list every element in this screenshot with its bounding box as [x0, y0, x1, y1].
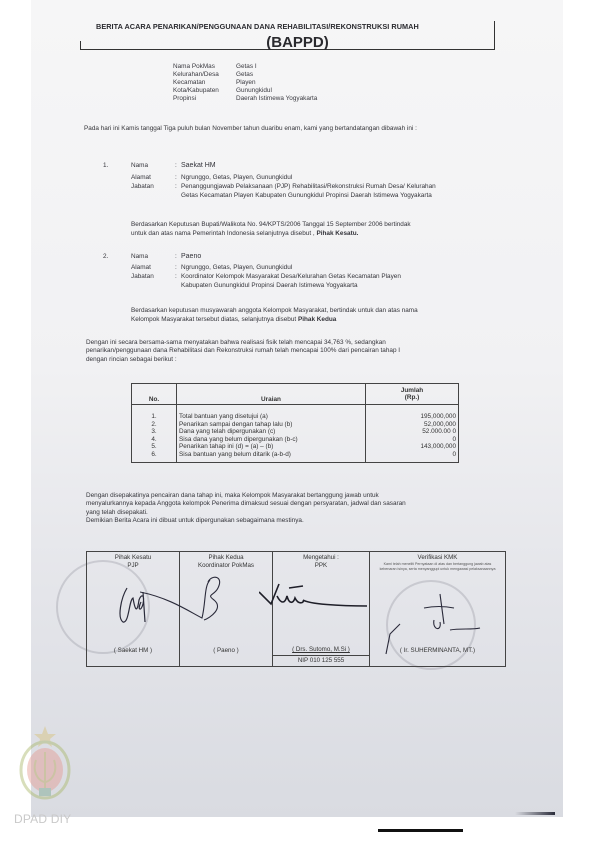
header-jumlah-label: Jumlah	[368, 387, 456, 394]
party-position: Penanggungjawab Pelaksanaan (PJP) Rehabi…	[181, 183, 436, 191]
party-position-cont: Kabupaten Gunungkidul Propinsi Daerah Is…	[181, 282, 358, 290]
header-uraian: Uraian	[177, 384, 366, 405]
party-designation: Pihak Kesatu.	[316, 230, 358, 237]
signatory-name: ( Ir. SUHERMINANTA, MT.)	[370, 647, 505, 654]
document-title: BERITA ACARA PENARIKAN/PENGGUNAAN DANA R…	[96, 22, 496, 31]
alamat-label: Alamat	[131, 264, 151, 272]
identity-label: Kelurahan/Desa	[173, 71, 219, 79]
party-basis-cont: Kelompok Masyarakat tersebut diatas, sel…	[131, 316, 336, 324]
verification-note: Kami telah meneliti Pernyataan di atas d…	[372, 562, 503, 572]
identity-label: Nama PokMas	[173, 63, 215, 71]
signature-role: Verifikasi KMK	[372, 554, 503, 562]
row-jumlah: 143,000,000	[366, 443, 459, 451]
table-row: 6. Sisa bantuan yang belum ditarik (a-b-…	[132, 451, 459, 463]
scan-edge-mark	[378, 829, 463, 832]
table-header-row: No. Uraian Jumlah (Rp.)	[132, 384, 459, 405]
row-uraian: Sisa bantuan yang belum ditarik (a-b-d)	[177, 451, 366, 463]
signatory-name-text: ( Drs. Sutomo, M.Si )	[292, 646, 350, 653]
party-designation: Pihak Kedua	[298, 316, 336, 323]
row-uraian: Penarikan tahap ini (d) = (a) – (b)	[177, 443, 366, 451]
closing-line: Dengan disepakatinya pencairan dana taha…	[86, 492, 526, 500]
table-row: 5. Penarikan tahap ini (d) = (a) – (b) 1…	[132, 443, 459, 451]
row-jumlah: 0	[366, 451, 459, 463]
table-row: 4. Sisa dana yang belum dipergunakan (b-…	[132, 436, 459, 444]
signatory-name: ( Saekat HM )	[87, 647, 179, 654]
header-jumlah-unit: (Rp.)	[368, 394, 456, 401]
identity-block: Nama PokMas Getas I Kelurahan/Desa Getas…	[173, 63, 473, 107]
signature-cell-verifikasi-kmk: Verifikasi KMK Kami telah meneliti Perny…	[370, 552, 506, 667]
row-no: 2.	[132, 421, 177, 429]
statement-line: dengan rincian sebagai berikut :	[86, 356, 526, 364]
signature-title: PPK	[275, 562, 367, 570]
signature-mark	[259, 582, 369, 622]
closing-line: menyalurkannya kepada Anggota kelompok P…	[86, 500, 526, 508]
closing-paragraph: Dengan disepakatinya pencairan dana taha…	[86, 492, 526, 525]
row-no: 1.	[132, 405, 177, 421]
statement-line: Dengan ini secara bersama-sama menyataka…	[86, 339, 526, 347]
header-jumlah: Jumlah (Rp.)	[366, 384, 459, 405]
party-1: 1. Nama : Saekat HM Alamat : Ngrunggo, G…	[103, 162, 523, 242]
signature-title: Koordinator PokMas	[182, 562, 270, 570]
party-address: Ngrunggo, Getas, Playen, Gunungkidul	[181, 264, 292, 272]
party-position-cont: Getas Kecamatan Playen Kabupaten Gunungk…	[181, 192, 432, 200]
signature-role: Pihak Kedua	[182, 554, 270, 562]
jabatan-label: Jabatan	[131, 183, 154, 191]
nama-label: Nama	[131, 253, 148, 261]
row-no: 3.	[132, 428, 177, 436]
signature-role: Mengetahui :	[275, 554, 367, 562]
party-name: Paeno	[181, 253, 201, 261]
identity-label: Kota/Kabupaten	[173, 87, 219, 95]
party-number: 2.	[103, 253, 108, 261]
row-no: 5.	[132, 443, 177, 451]
nama-label: Nama	[131, 162, 148, 170]
signature-cell-ppk: Mengetahui : PPK ( Drs. Sutomo, M.Si ) N…	[273, 552, 370, 667]
party-basis-cont: untuk dan atas nama Pemerintah Indonesia…	[131, 230, 358, 238]
signatory-nip: NIP 010 125 555	[273, 655, 369, 664]
closing-line: Demikian Berita Acara ini dibuat untuk d…	[86, 517, 526, 525]
statement-line: penarikan/penggunaan dana Rehabilitasi d…	[86, 347, 526, 355]
party-basis-text: Kelompok Masyarakat tersebut diatas, sel…	[131, 316, 296, 323]
colon: :	[175, 264, 177, 272]
table-row: 3. Dana yang telah dipergunakan (c) 52.0…	[132, 428, 459, 436]
party-2: 2. Nama : Paeno Alamat : Ngrunggo, Getas…	[103, 253, 523, 323]
row-no: 4.	[132, 436, 177, 444]
row-uraian: Total bantuan yang disetujui (a)	[177, 405, 366, 421]
table-row: 2. Penarikan sampai dengan tahap lalu (b…	[132, 421, 459, 429]
signatory-name: ( Drs. Sutomo, M.Si )	[273, 646, 369, 653]
signatory-name: ( Paeno )	[180, 647, 272, 654]
party-basis: Berdasarkan keputusan musyawarah anggota…	[131, 307, 418, 315]
row-uraian: Dana yang telah dipergunakan (c)	[177, 428, 366, 436]
table-row: 1. Total bantuan yang disetujui (a) 195,…	[132, 405, 459, 421]
identity-value: Playen	[236, 79, 256, 87]
row-uraian: Sisa dana yang belum dipergunakan (b-c)	[177, 436, 366, 444]
party-number: 1.	[103, 162, 108, 170]
identity-label: Propinsi	[173, 95, 196, 103]
party-address: Ngrunggo, Getas, Playen, Gunungkidul	[181, 174, 292, 182]
identity-value: Getas I	[236, 63, 257, 71]
identity-value: Daerah Istimewa Yogyakarta	[236, 95, 317, 103]
dpad-emblem-icon	[14, 724, 76, 806]
row-jumlah: 52,000,000	[366, 421, 459, 429]
party-basis: Berdasarkan Keputusan Bupati/Walikota No…	[131, 221, 411, 229]
signature-role: Pihak Kesatu	[89, 554, 177, 562]
signature-title: PJP	[89, 562, 177, 570]
row-jumlah: 0	[366, 436, 459, 444]
identity-value: Gunungkidul	[236, 87, 272, 95]
colon: :	[175, 174, 177, 182]
row-jumlah: 195,000,000	[366, 405, 459, 421]
party-basis-text: untuk dan atas nama Pemerintah Indonesia…	[131, 230, 315, 237]
document-subtitle: (BAPPD)	[0, 34, 595, 51]
alamat-label: Alamat	[131, 174, 151, 182]
signature-table: Pihak Kesatu PJP ( Saekat HM ) Pihak Ked…	[86, 551, 506, 667]
closing-line: yang telah disepakati.	[86, 509, 526, 517]
colon: :	[175, 273, 177, 281]
signature-mark	[140, 572, 270, 642]
colon: :	[175, 183, 177, 191]
identity-label: Kecamatan	[173, 79, 205, 87]
rincian-table: No. Uraian Jumlah (Rp.) 1. Total bantuan…	[131, 383, 459, 463]
statement-paragraph: Dengan ini secara bersama-sama menyataka…	[86, 339, 526, 364]
opening-paragraph: Pada hari ini Kamis tanggal Tiga puluh b…	[84, 125, 494, 133]
row-jumlah: 52.000.00 0	[366, 428, 459, 436]
party-name: Saekat HM	[181, 162, 216, 170]
colon: :	[175, 253, 177, 261]
header-no: No.	[132, 384, 177, 405]
identity-value: Getas	[236, 71, 253, 79]
row-uraian: Penarikan sampai dengan tahap lalu (b)	[177, 421, 366, 429]
jabatan-label: Jabatan	[131, 273, 154, 281]
party-position: Koordinator Kelompok Masyarakat Desa/Kel…	[181, 273, 401, 281]
row-no: 6.	[132, 451, 177, 463]
watermark-label: DPAD DIY	[14, 812, 71, 826]
colon: :	[175, 162, 177, 170]
